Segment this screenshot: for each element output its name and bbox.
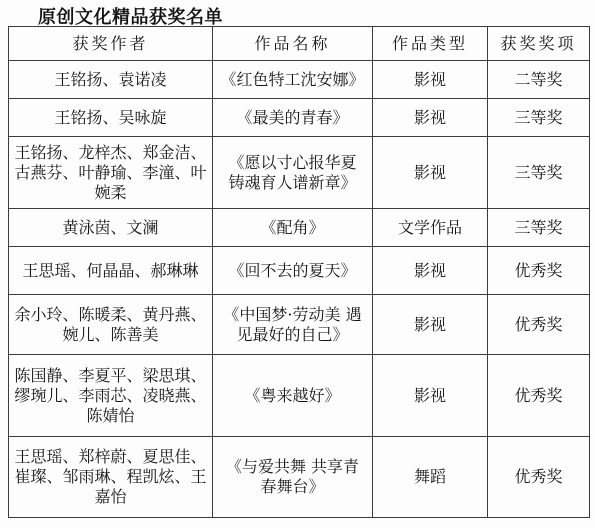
header-authors: 获奖作者 xyxy=(9,27,213,61)
work-type-cell: 影视 xyxy=(373,99,488,137)
work-type-cell: 文学作品 xyxy=(373,209,488,247)
document-page: 原创文化精品获奖名单 获奖作者 作品名称 作品类型 获奖奖项 王铭扬、袁诺凌 《… xyxy=(0,0,595,528)
work-type-cell: 影视 xyxy=(373,61,488,99)
work-title-cell: 《中国梦·劳动美 遇 见最好的自己》 xyxy=(213,295,373,355)
award-cell: 二等奖 xyxy=(488,61,590,99)
author-cell: 王铭扬、袁诺凌 xyxy=(9,61,213,99)
table-row: 王思瑶、何晶晶、郝琳琳 《回不去的夏天》 影视 优秀奖 xyxy=(9,247,590,295)
awards-table: 获奖作者 作品名称 作品类型 获奖奖项 王铭扬、袁诺凌 《红色特工沈安娜》 影视… xyxy=(8,26,590,518)
header-work-type: 作品类型 xyxy=(373,27,488,61)
work-type-cell: 舞蹈 xyxy=(373,437,488,518)
award-cell: 优秀奖 xyxy=(488,437,590,518)
header-row: 获奖作者 作品名称 作品类型 获奖奖项 xyxy=(9,27,590,61)
work-title-cell: 《回不去的夏天》 xyxy=(213,247,373,295)
work-type-cell: 影视 xyxy=(373,247,488,295)
work-title-cell: 《配角》 xyxy=(213,209,373,247)
table-row: 王铭扬、袁诺凌 《红色特工沈安娜》 影视 二等奖 xyxy=(9,61,590,99)
award-cell: 优秀奖 xyxy=(488,355,590,437)
award-cell: 三等奖 xyxy=(488,99,590,137)
author-cell: 王思瑶、郑梓蔚、夏思佳、 崔璨、邹雨琳、程凯炫、王 嘉怡 xyxy=(9,437,213,518)
author-cell: 余小玲、陈暖柔、黄丹燕、 婉儿、陈善美 xyxy=(9,295,213,355)
author-cell: 王铭扬、吴咏旋 xyxy=(9,99,213,137)
table-row: 余小玲、陈暖柔、黄丹燕、 婉儿、陈善美 《中国梦·劳动美 遇 见最好的自己》 影… xyxy=(9,295,590,355)
table-row: 黄泳茵、文澜 《配角》 文学作品 三等奖 xyxy=(9,209,590,247)
author-cell: 王铭扬、龙梓杰、郑金洁、 古燕芬、叶静瑜、李潼、叶 婉柔 xyxy=(9,137,213,209)
author-cell: 黄泳茵、文澜 xyxy=(9,209,213,247)
header-award: 获奖奖项 xyxy=(488,27,590,61)
award-cell: 优秀奖 xyxy=(488,247,590,295)
table-row: 王思瑶、郑梓蔚、夏思佳、 崔璨、邹雨琳、程凯炫、王 嘉怡 《与爱共舞 共享青 春… xyxy=(9,437,590,518)
table-row: 王铭扬、吴咏旋 《最美的青春》 影视 三等奖 xyxy=(9,99,590,137)
author-cell: 王思瑶、何晶晶、郝琳琳 xyxy=(9,247,213,295)
award-cell: 优秀奖 xyxy=(488,295,590,355)
header-work-name: 作品名称 xyxy=(213,27,373,61)
award-cell: 三等奖 xyxy=(488,137,590,209)
table-row: 王铭扬、龙梓杰、郑金洁、 古燕芬、叶静瑜、李潼、叶 婉柔 《愿以寸心报华夏 铸魂… xyxy=(9,137,590,209)
work-title-cell: 《最美的青春》 xyxy=(213,99,373,137)
award-cell: 三等奖 xyxy=(488,209,590,247)
work-type-cell: 影视 xyxy=(373,295,488,355)
work-type-cell: 影视 xyxy=(373,137,488,209)
table-row: 陈国静、李夏平、梁思琪、 缪琬儿、李雨芯、凌晓燕、 陈婧怡 《粤来越好》 影视 … xyxy=(9,355,590,437)
work-type-cell: 影视 xyxy=(373,355,488,437)
work-title-cell: 《愿以寸心报华夏 铸魂育人谱新章》 xyxy=(213,137,373,209)
work-title-cell: 《与爱共舞 共享青 春舞台》 xyxy=(213,437,373,518)
author-cell: 陈国静、李夏平、梁思琪、 缪琬儿、李雨芯、凌晓燕、 陈婧怡 xyxy=(9,355,213,437)
work-title-cell: 《红色特工沈安娜》 xyxy=(213,61,373,99)
work-title-cell: 《粤来越好》 xyxy=(213,355,373,437)
